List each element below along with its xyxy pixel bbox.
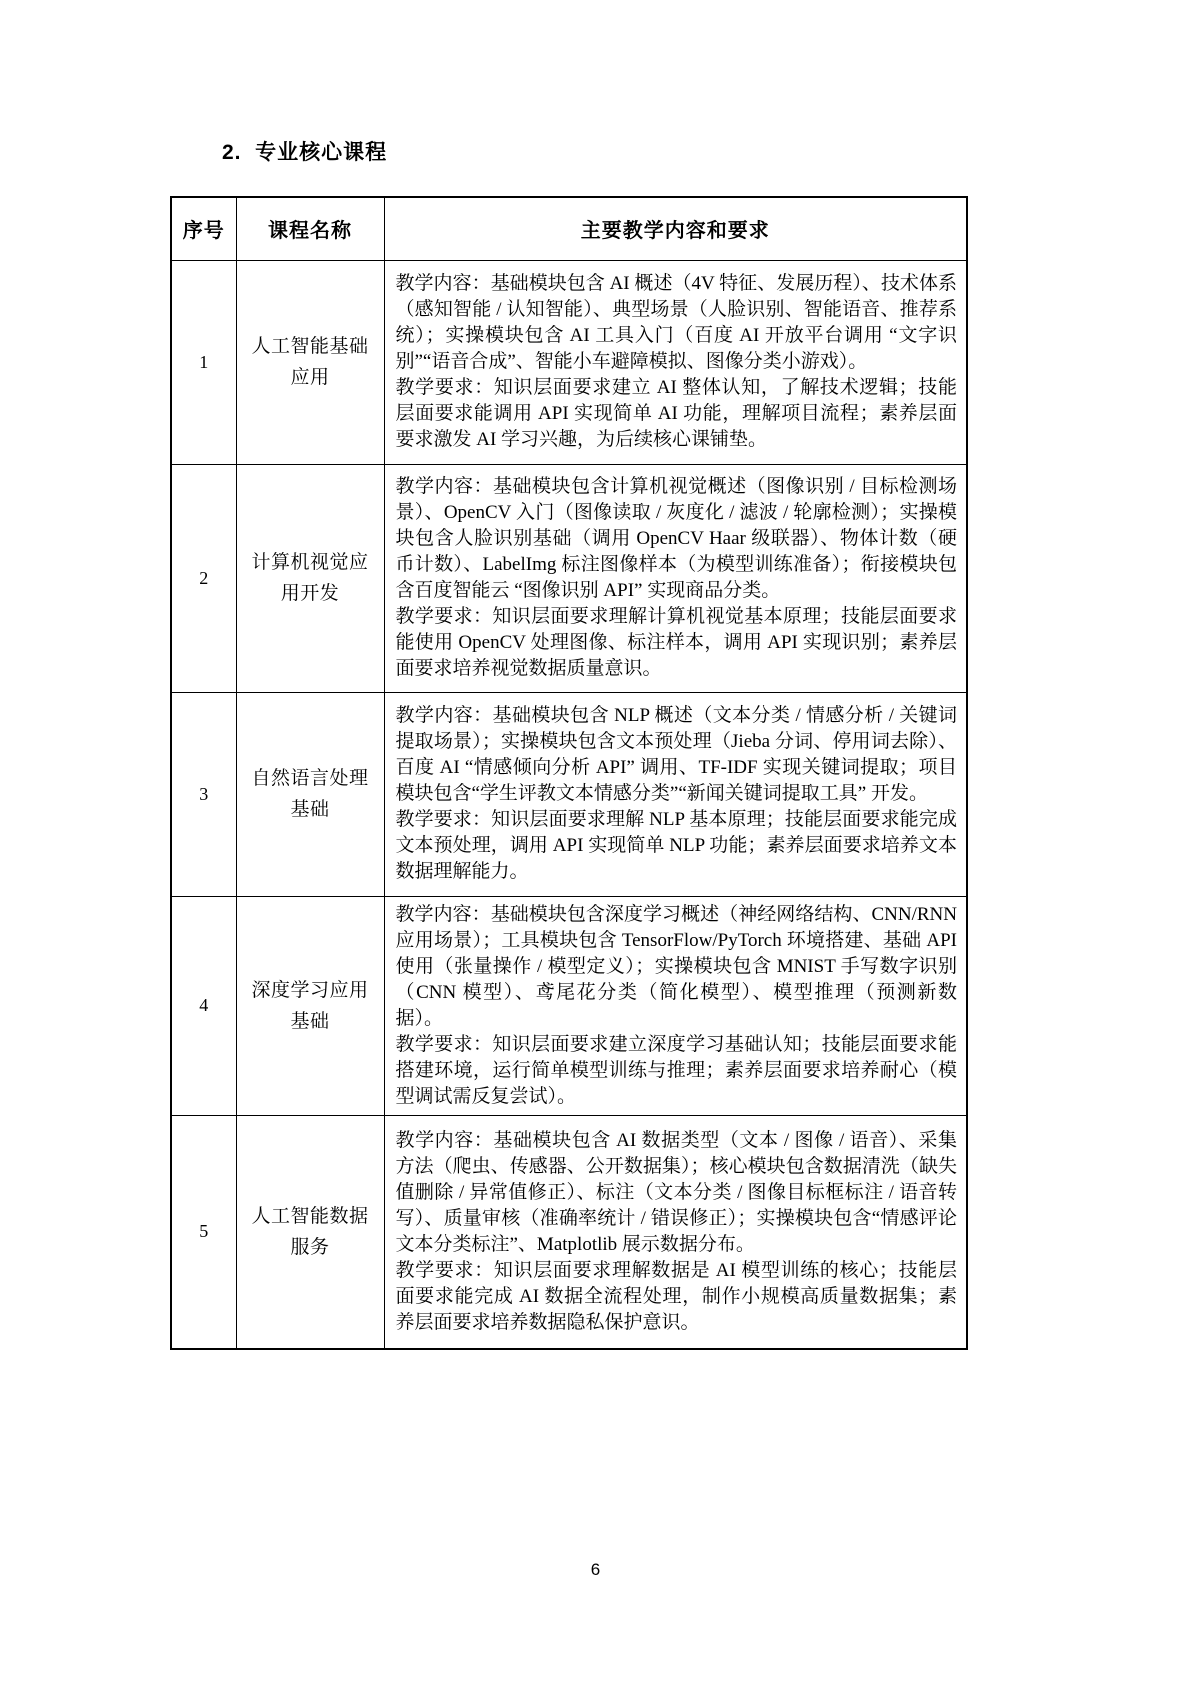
row-number: 5 <box>171 1115 236 1349</box>
table-row: 4 深度学习应用基础 教学内容：基础模块包含深度学习概述（神经网络结构、CNN/… <box>171 896 967 1115</box>
table-row: 2 计算机视觉应用开发 教学内容：基础模块包含计算机视觉概述（图像识别 / 目标… <box>171 464 967 692</box>
row-number: 4 <box>171 896 236 1115</box>
course-name: 人工智能数据服务 <box>236 1115 384 1349</box>
course-name: 计算机视觉应用开发 <box>236 464 384 692</box>
document-page: 2. 专业核心课程 序号 课程名称 主要教学内容和要求 1 人工智能基础应用 教… <box>0 0 1191 1684</box>
course-details: 教学内容：基础模块包含 AI 数据类型（文本 / 图像 / 语音）、采集方法（爬… <box>384 1115 967 1349</box>
row-number: 2 <box>171 464 236 692</box>
section-title: 2. 专业核心课程 <box>222 136 387 166</box>
teaching-requirements: 教学要求：知识层面要求理解计算机视觉基本原理；技能层面要求能使用 OpenCV … <box>396 604 958 682</box>
header-course-name: 课程名称 <box>236 197 384 260</box>
header-no: 序号 <box>171 197 236 260</box>
teaching-content: 教学内容：基础模块包含计算机视觉概述（图像识别 / 目标检测场景）、OpenCV… <box>396 474 958 604</box>
table-row: 3 自然语言处理基础 教学内容：基础模块包含 NLP 概述（文本分类 / 情感分… <box>171 692 967 896</box>
teaching-content: 教学内容：基础模块包含 AI 概述（4V 特征、发展历程）、技术体系（感知智能 … <box>396 271 958 375</box>
table-row: 5 人工智能数据服务 教学内容：基础模块包含 AI 数据类型（文本 / 图像 /… <box>171 1115 967 1349</box>
page-number: 6 <box>0 1560 1191 1580</box>
header-content-requirements: 主要教学内容和要求 <box>384 197 967 260</box>
course-details: 教学内容：基础模块包含 NLP 概述（文本分类 / 情感分析 / 关键词提取场景… <box>384 692 967 896</box>
table-header-row: 序号 课程名称 主要教学内容和要求 <box>171 197 967 260</box>
row-number: 1 <box>171 260 236 464</box>
table-row: 1 人工智能基础应用 教学内容：基础模块包含 AI 概述（4V 特征、发展历程）… <box>171 260 967 464</box>
teaching-requirements: 教学要求：知识层面要求理解数据是 AI 模型训练的核心；技能层面要求能完成 AI… <box>396 1258 958 1336</box>
course-details: 教学内容：基础模块包含 AI 概述（4V 特征、发展历程）、技术体系（感知智能 … <box>384 260 967 464</box>
teaching-content: 教学内容：基础模块包含 NLP 概述（文本分类 / 情感分析 / 关键词提取场景… <box>396 703 958 807</box>
teaching-content: 教学内容：基础模块包含深度学习概述（神经网络结构、CNN/RNN 应用场景）；工… <box>396 902 958 1032</box>
teaching-content: 教学内容：基础模块包含 AI 数据类型（文本 / 图像 / 语音）、采集方法（爬… <box>396 1128 958 1258</box>
course-details: 教学内容：基础模块包含计算机视觉概述（图像识别 / 目标检测场景）、OpenCV… <box>384 464 967 692</box>
teaching-requirements: 教学要求：知识层面要求理解 NLP 基本原理；技能层面要求能完成文本预处理，调用… <box>396 807 958 885</box>
core-courses-table: 序号 课程名称 主要教学内容和要求 1 人工智能基础应用 教学内容：基础模块包含… <box>170 196 968 1350</box>
course-name: 深度学习应用基础 <box>236 896 384 1115</box>
course-name: 人工智能基础应用 <box>236 260 384 464</box>
teaching-requirements: 教学要求：知识层面要求建立深度学习基础认知；技能层面要求能搭建环境，运行简单模型… <box>396 1032 958 1110</box>
course-name: 自然语言处理基础 <box>236 692 384 896</box>
course-details: 教学内容：基础模块包含深度学习概述（神经网络结构、CNN/RNN 应用场景）；工… <box>384 896 967 1115</box>
teaching-requirements: 教学要求：知识层面要求建立 AI 整体认知，了解技术逻辑；技能层面要求能调用 A… <box>396 375 958 453</box>
row-number: 3 <box>171 692 236 896</box>
